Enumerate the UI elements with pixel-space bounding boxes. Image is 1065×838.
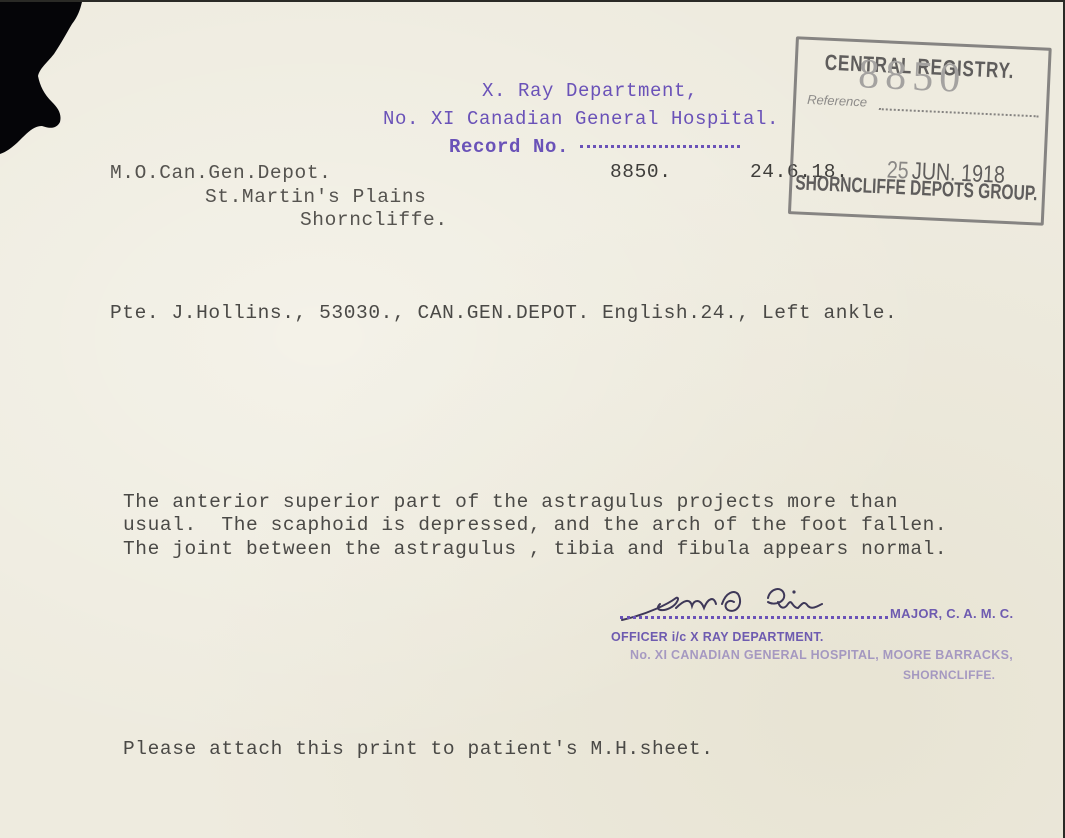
hospital-heading: No. XI Canadian General Hospital. bbox=[383, 110, 779, 129]
report-line-2: usual. The scaphoid is depressed, and th… bbox=[123, 516, 947, 536]
hospital-stamp-line: No. XI CANADIAN GENERAL HOSPITAL, MOORE … bbox=[630, 649, 1013, 662]
address-line-3: Shorncliffe. bbox=[300, 211, 448, 231]
department-heading: X. Ray Department, bbox=[482, 82, 698, 101]
report-line-3: The joint between the astragulus , tibia… bbox=[123, 540, 947, 560]
attach-instruction: Please attach this print to patient's M.… bbox=[123, 740, 714, 760]
address-line-1: M.O.Can.Gen.Depot. bbox=[110, 164, 331, 184]
record-number-value: 8850. bbox=[610, 163, 672, 183]
signature-dotted-line bbox=[620, 616, 888, 619]
patient-details: Pte. J.Hollins., 53030., CAN.GEN.DEPOT. … bbox=[110, 304, 897, 324]
torn-corner bbox=[0, 2, 90, 157]
record-number-label: Record No. bbox=[449, 138, 569, 157]
stamp-reference-label: Reference bbox=[807, 93, 868, 109]
report-line-1: The anterior superior part of the astrag… bbox=[123, 493, 898, 513]
signature-rank: MAJOR, C. A. M. C. bbox=[890, 607, 1013, 620]
town-stamp-line: SHORNCLIFFE. bbox=[903, 669, 995, 681]
officer-title: OFFICER i/c X RAY DEPARTMENT. bbox=[611, 631, 824, 644]
record-dotted-line bbox=[580, 145, 740, 148]
central-registry-stamp: CENTRAL REGISTRY. 8850 Reference 25JUN. … bbox=[782, 36, 1052, 228]
stamp-handwritten-number: 8850 bbox=[857, 53, 967, 100]
address-line-2: St.Martin's Plains bbox=[205, 188, 426, 208]
document-page: X. Ray Department, No. XI Canadian Gener… bbox=[0, 2, 1063, 838]
